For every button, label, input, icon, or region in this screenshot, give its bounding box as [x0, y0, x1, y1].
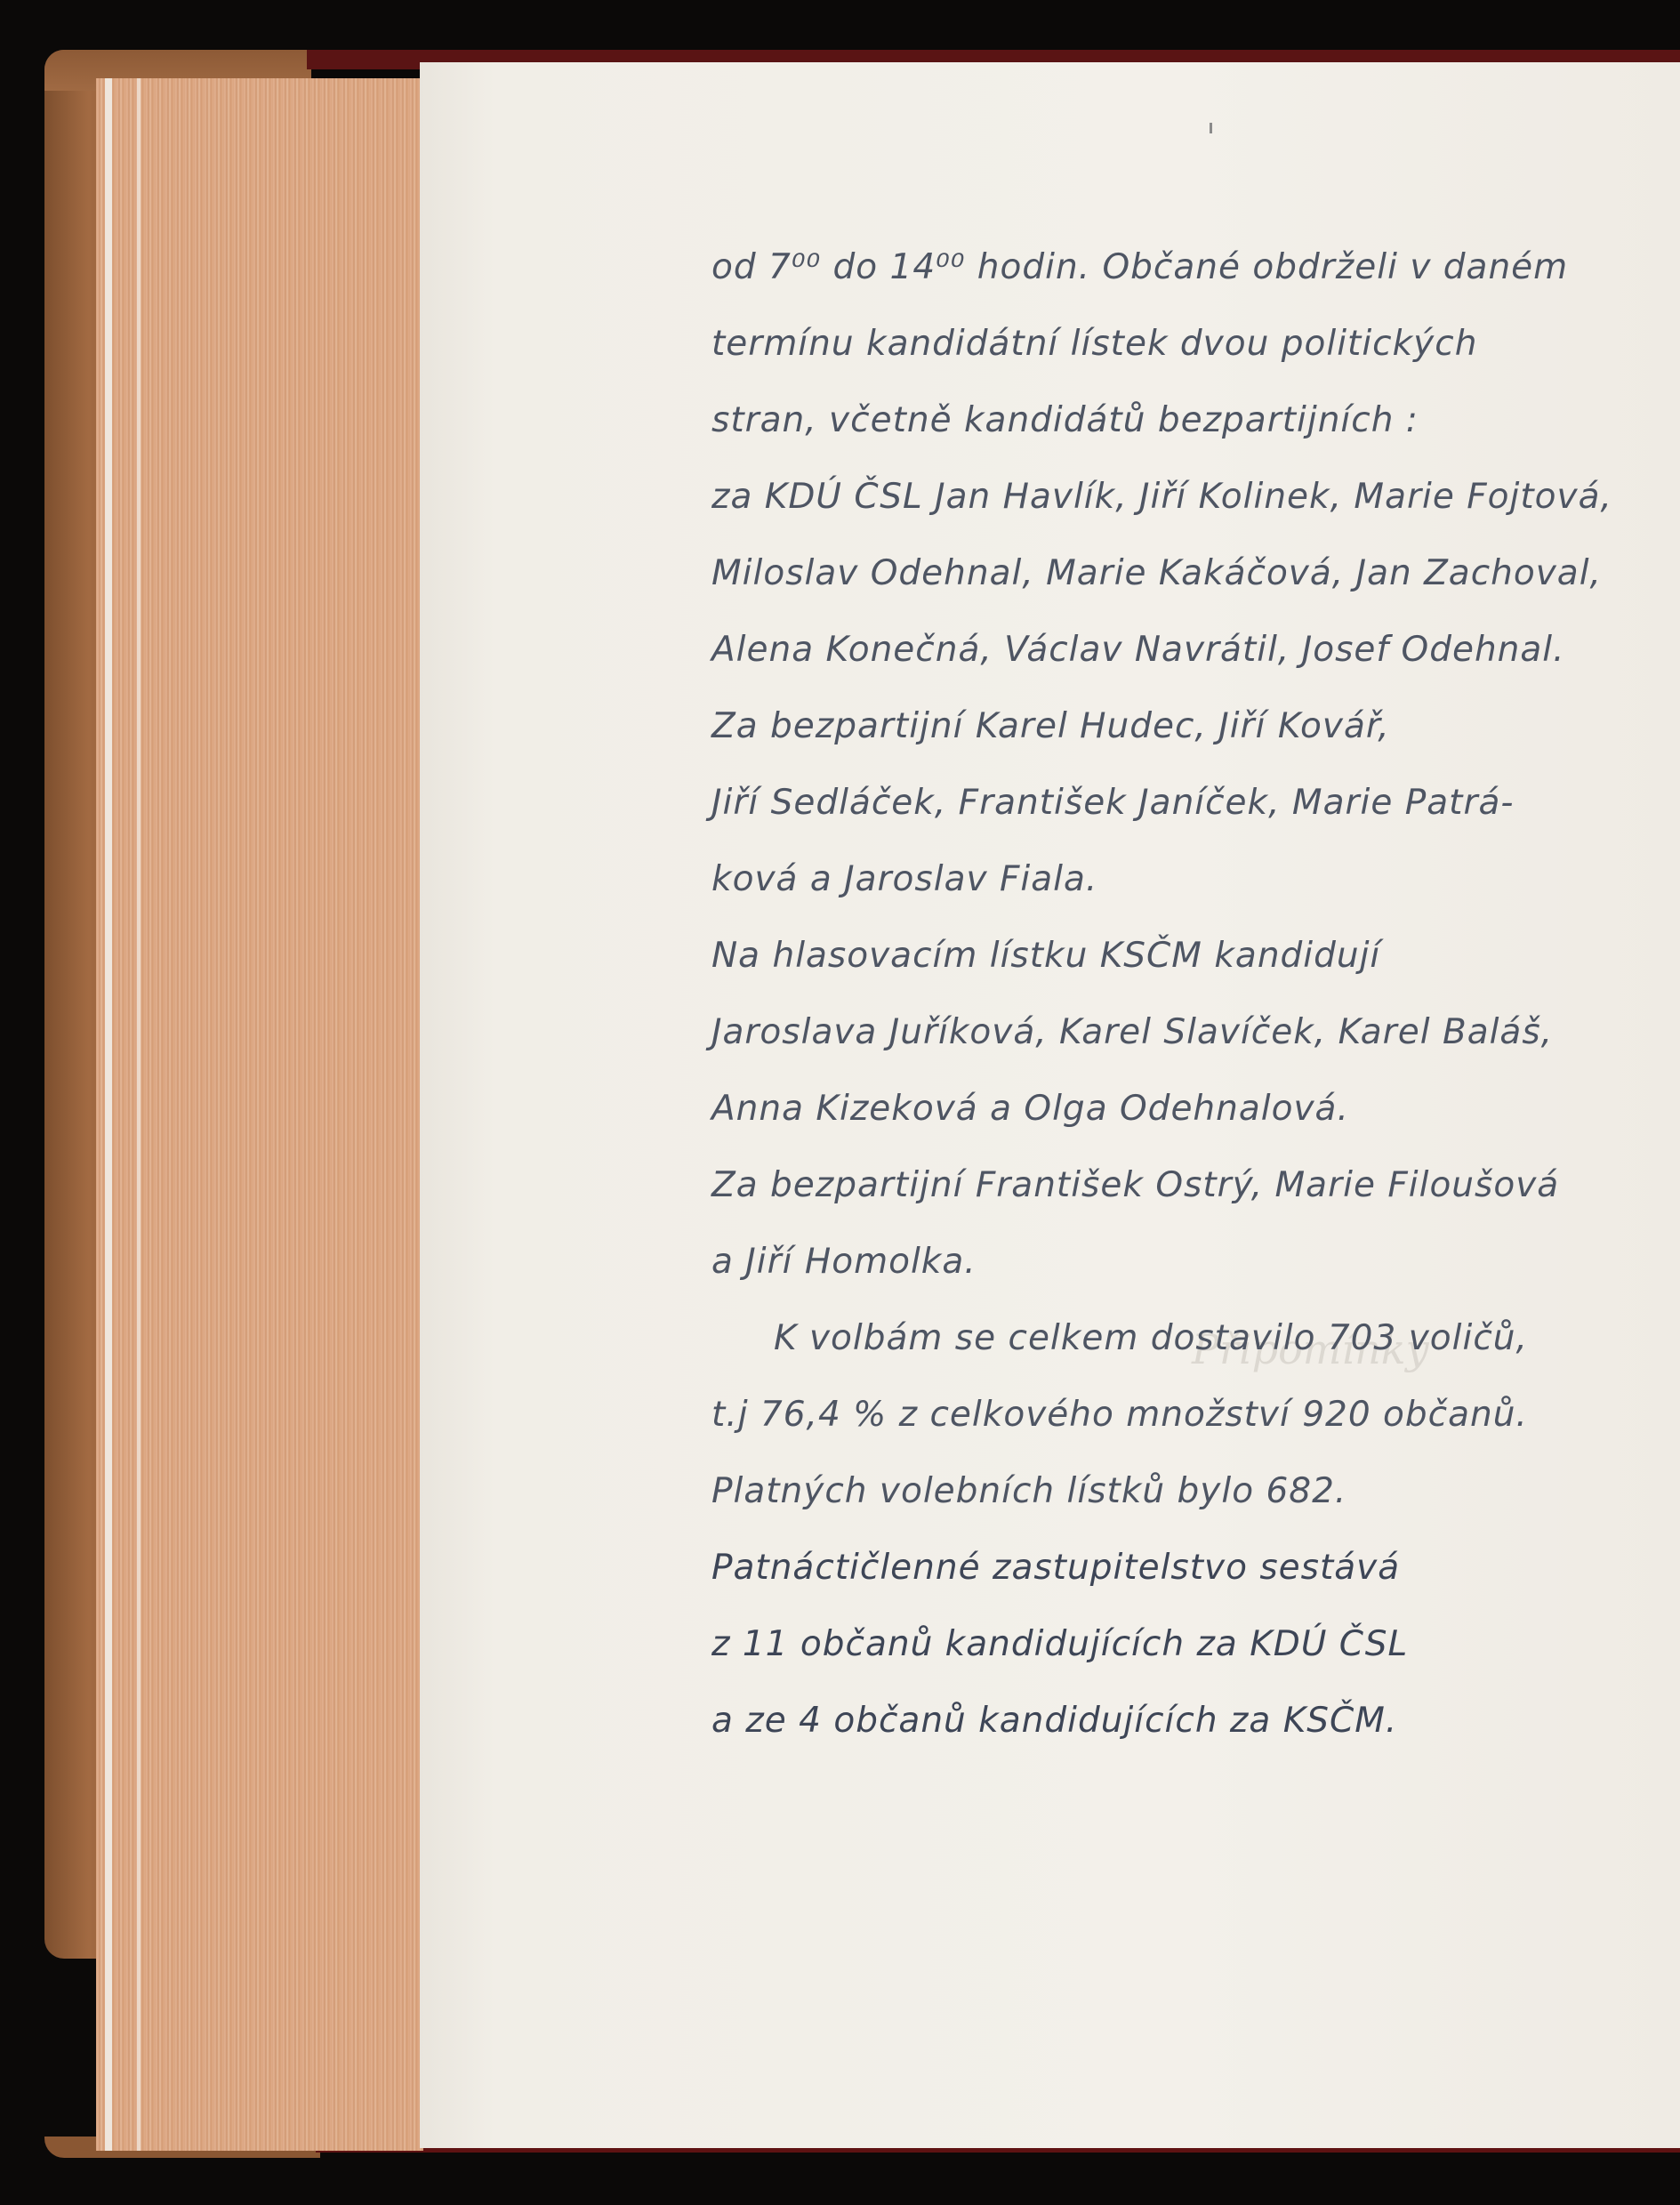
- text-line: termínu kandidátní lístek dvou politický…: [711, 306, 1654, 382]
- page-edge-highlight: [137, 78, 141, 2151]
- text-line: K volbám se celkem dostavilo 703 voličů,: [711, 1300, 1654, 1377]
- text-line: Alena Konečná, Václav Navrátil, Josef Od…: [711, 612, 1654, 688]
- text-line: ková a Jaroslav Fiala.: [711, 841, 1654, 918]
- text-line: Patnáctičlenné zastupitelstvo sestává: [711, 1530, 1654, 1606]
- text-line: a Jiří Homolka.: [711, 1224, 1654, 1300]
- text-line: t.j 76,4 % z celkového množství 920 obča…: [711, 1377, 1654, 1453]
- text-line: Za bezpartijní Karel Hudec, Jiří Kovář,: [711, 688, 1654, 765]
- handwritten-text-block: od 7⁰⁰ do 14⁰⁰ hodin. Občané obdrželi v …: [711, 229, 1654, 1759]
- text-line: stran, včetně kandidátů bezpartijních :: [711, 382, 1654, 459]
- text-line: z 11 občanů kandidujících za KDÚ ČSL: [711, 1606, 1654, 1683]
- text-line: a ze 4 občanů kandidujících za KSČM.: [711, 1683, 1654, 1759]
- text-line: Jaroslava Juříková, Karel Slavíček, Kare…: [711, 994, 1654, 1071]
- page-stack-edge: [96, 78, 423, 2151]
- text-line: Jiří Sedláček, František Janíček, Marie …: [711, 765, 1654, 841]
- text-line: Miloslav Odehnal, Marie Kakáčová, Jan Za…: [711, 535, 1654, 612]
- ink-speck: [1210, 123, 1212, 133]
- text-line: Na hlasovacím lístku KSČM kandidují: [711, 918, 1654, 994]
- text-line: za KDÚ ČSL Jan Havlík, Jiří Kolinek, Mar…: [711, 459, 1654, 535]
- text-line: Za bezpartijní František Ostrý, Marie Fi…: [711, 1147, 1654, 1224]
- page-edge-highlight: [105, 78, 112, 2151]
- text-line: Anna Kizeková a Olga Odehnalová.: [711, 1071, 1654, 1147]
- text-line: Platných volebních lístků bylo 682.: [711, 1453, 1654, 1530]
- text-line: od 7⁰⁰ do 14⁰⁰ hodin. Občané obdrželi v …: [711, 229, 1654, 306]
